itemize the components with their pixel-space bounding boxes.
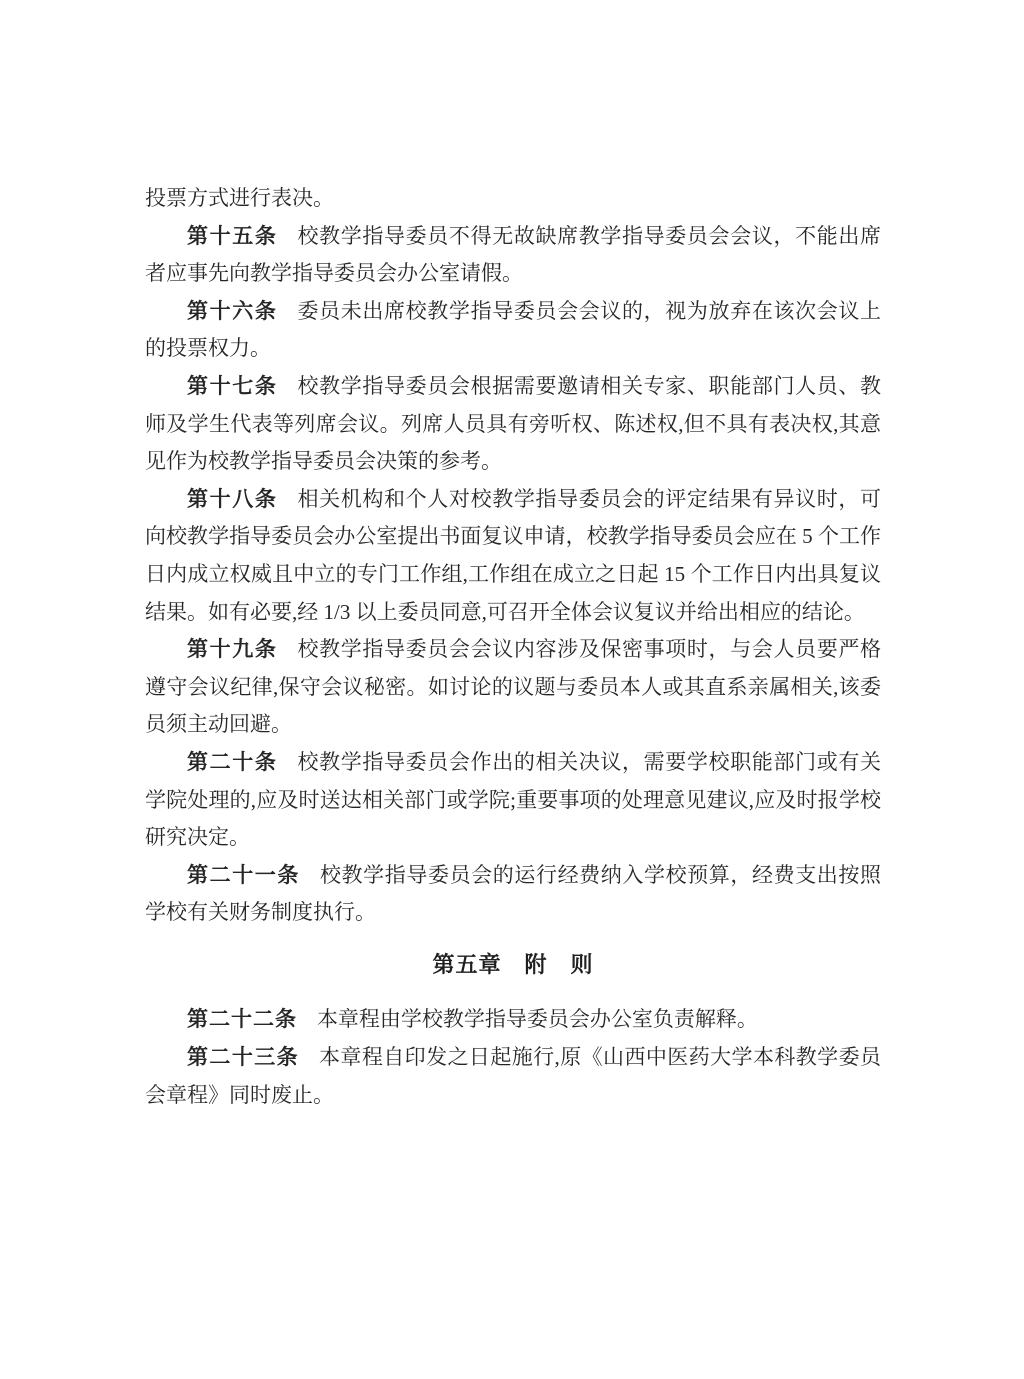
article-18-number: 第十八条 xyxy=(187,488,278,511)
article-18: 第十八条相关机构和个人对校教学指导委员会的评定结果有异议时，可向校教学指导委员会… xyxy=(145,481,881,631)
paragraph-continuation-text: 投票方式进行表决。 xyxy=(145,186,334,210)
article-22-number: 第二十二条 xyxy=(187,1008,297,1031)
article-22-text: 本章程由学校教学指导委员会办公室负责解释。 xyxy=(317,1007,758,1031)
article-17-number: 第十七条 xyxy=(187,375,278,398)
article-20: 第二十条校教学指导委员会作出的相关决议，需要学校职能部门或有关学院处理的,应及时… xyxy=(145,744,881,857)
article-21: 第二十一条校教学指导委员会的运行经费纳入学校预算，经费支出按照学校有关财务制度执… xyxy=(145,857,881,932)
article-20-number: 第二十条 xyxy=(187,751,278,774)
paragraph-continuation: 投票方式进行表决。 xyxy=(145,180,881,218)
article-19-number: 第十九条 xyxy=(187,638,278,661)
article-23: 第二十三条本章程自印发之日起施行,原《山西中医药大学本科教学委员会章程》同时废止… xyxy=(145,1039,881,1114)
chapter-heading: 第五章 附 则 xyxy=(145,946,881,984)
article-19: 第十九条校教学指导委员会会议内容涉及保密事项时，与会人员要严格遵守会议纪律,保守… xyxy=(145,631,881,744)
article-16-number: 第十六条 xyxy=(187,300,278,323)
document-body: 投票方式进行表决。 第十五条校教学指导委员不得无故缺席教学指导委员会会议，不能出… xyxy=(145,180,881,1114)
document-page: 投票方式进行表决。 第十五条校教学指导委员不得无故缺席教学指导委员会会议，不能出… xyxy=(0,0,1024,1379)
article-22: 第二十二条本章程由学校教学指导委员会办公室负责解释。 xyxy=(145,1001,881,1039)
article-15-number: 第十五条 xyxy=(187,225,278,248)
article-16: 第十六条委员未出席校教学指导委员会会议的，视为放弃在该次会议上的投票权力。 xyxy=(145,293,881,368)
article-17: 第十七条校教学指导委员会根据需要邀请相关专家、职能部门人员、教师及学生代表等列席… xyxy=(145,368,881,481)
article-21-number: 第二十一条 xyxy=(187,864,300,887)
article-15: 第十五条校教学指导委员不得无故缺席教学指导委员会会议，不能出席者应事先向教学指导… xyxy=(145,218,881,293)
article-23-number: 第二十三条 xyxy=(187,1046,299,1069)
